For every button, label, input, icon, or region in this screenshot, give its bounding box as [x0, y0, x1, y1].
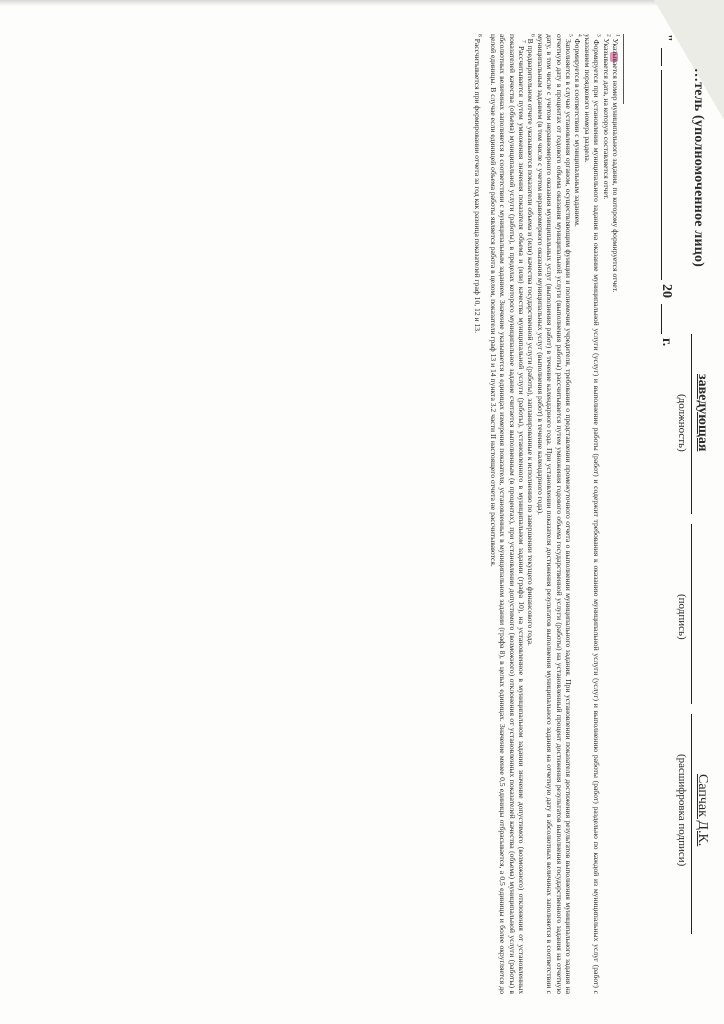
footnote-number: 4	[577, 34, 583, 37]
footnotes: 1 Указывается номер муниципального задан…	[473, 34, 620, 994]
footnote-text: Указывается дата, на которую составляетс…	[602, 39, 611, 200]
footnote-7: 7 Рассчитывается путем умножения значени…	[488, 34, 526, 994]
signatory-role-label: …тель (уполномоченное лицо)	[690, 68, 706, 267]
footnote-text: В предварительном отчете указываются пок…	[526, 39, 535, 646]
footnote-number: 3	[596, 34, 602, 37]
footnote-2: 2 Указывается дата, на которую составляе…	[601, 34, 610, 994]
footnote-text: Рассчитывается при формировании отчета з…	[473, 39, 482, 333]
footnote-number: 1	[615, 34, 621, 37]
name-value: Сапчак Д.К.	[694, 774, 710, 846]
footnote-3: 3 Формируется при установлении муниципал…	[582, 34, 601, 994]
position-caption: (должность)	[676, 394, 688, 452]
date-year-prefix: 20	[658, 284, 674, 298]
footnote-number: 5	[568, 34, 574, 37]
footnote-8: 8 Рассчитывается при формировании отчета…	[473, 34, 482, 994]
footnote-text: Рассчитывается путем умножения значения …	[489, 34, 526, 994]
footnote-6: 6 В предварительном отчете указываются п…	[526, 34, 535, 994]
footnote-number: 2	[605, 34, 611, 37]
signature-block: …тель (уполномоченное лицо) заведующая (…	[642, 34, 712, 994]
footnote-number: 7	[520, 40, 526, 43]
footnote-number: 8	[477, 34, 483, 37]
signature-caption: (подпись)	[676, 594, 688, 640]
footnote-number: 6	[530, 34, 536, 37]
footnote-text: Формируется при установлении муниципальн…	[583, 34, 601, 994]
footnote-text: Указывается номер муниципального задания…	[611, 39, 620, 293]
scan-edge	[0, 0, 724, 6]
footnote-text: Формируется в соответствии с муниципальн…	[573, 39, 582, 227]
date-day-line	[661, 48, 662, 66]
footnote-text: Заполняется в случае установления органо…	[536, 34, 573, 994]
footnote-4: 4 Формируется в соответствии с муниципал…	[573, 34, 582, 994]
date-year-suffix: г.	[658, 338, 674, 346]
date-month-line	[661, 70, 662, 280]
date-year-line	[661, 304, 662, 334]
signature-line	[691, 524, 710, 704]
footnote-1: 1 Указывается номер муниципального задан…	[611, 34, 620, 994]
rotated-document-page: …тель (уполномоченное лицо) заведующая (…	[414, 14, 724, 1014]
name-caption: (расшифровка подписи)	[676, 754, 688, 866]
footnote-separator	[623, 34, 624, 104]
date-open-quote: "	[658, 34, 674, 42]
position-value: заведующая	[694, 374, 710, 451]
footnote-5: 5 Заполняется в случае установления орга…	[535, 34, 573, 994]
